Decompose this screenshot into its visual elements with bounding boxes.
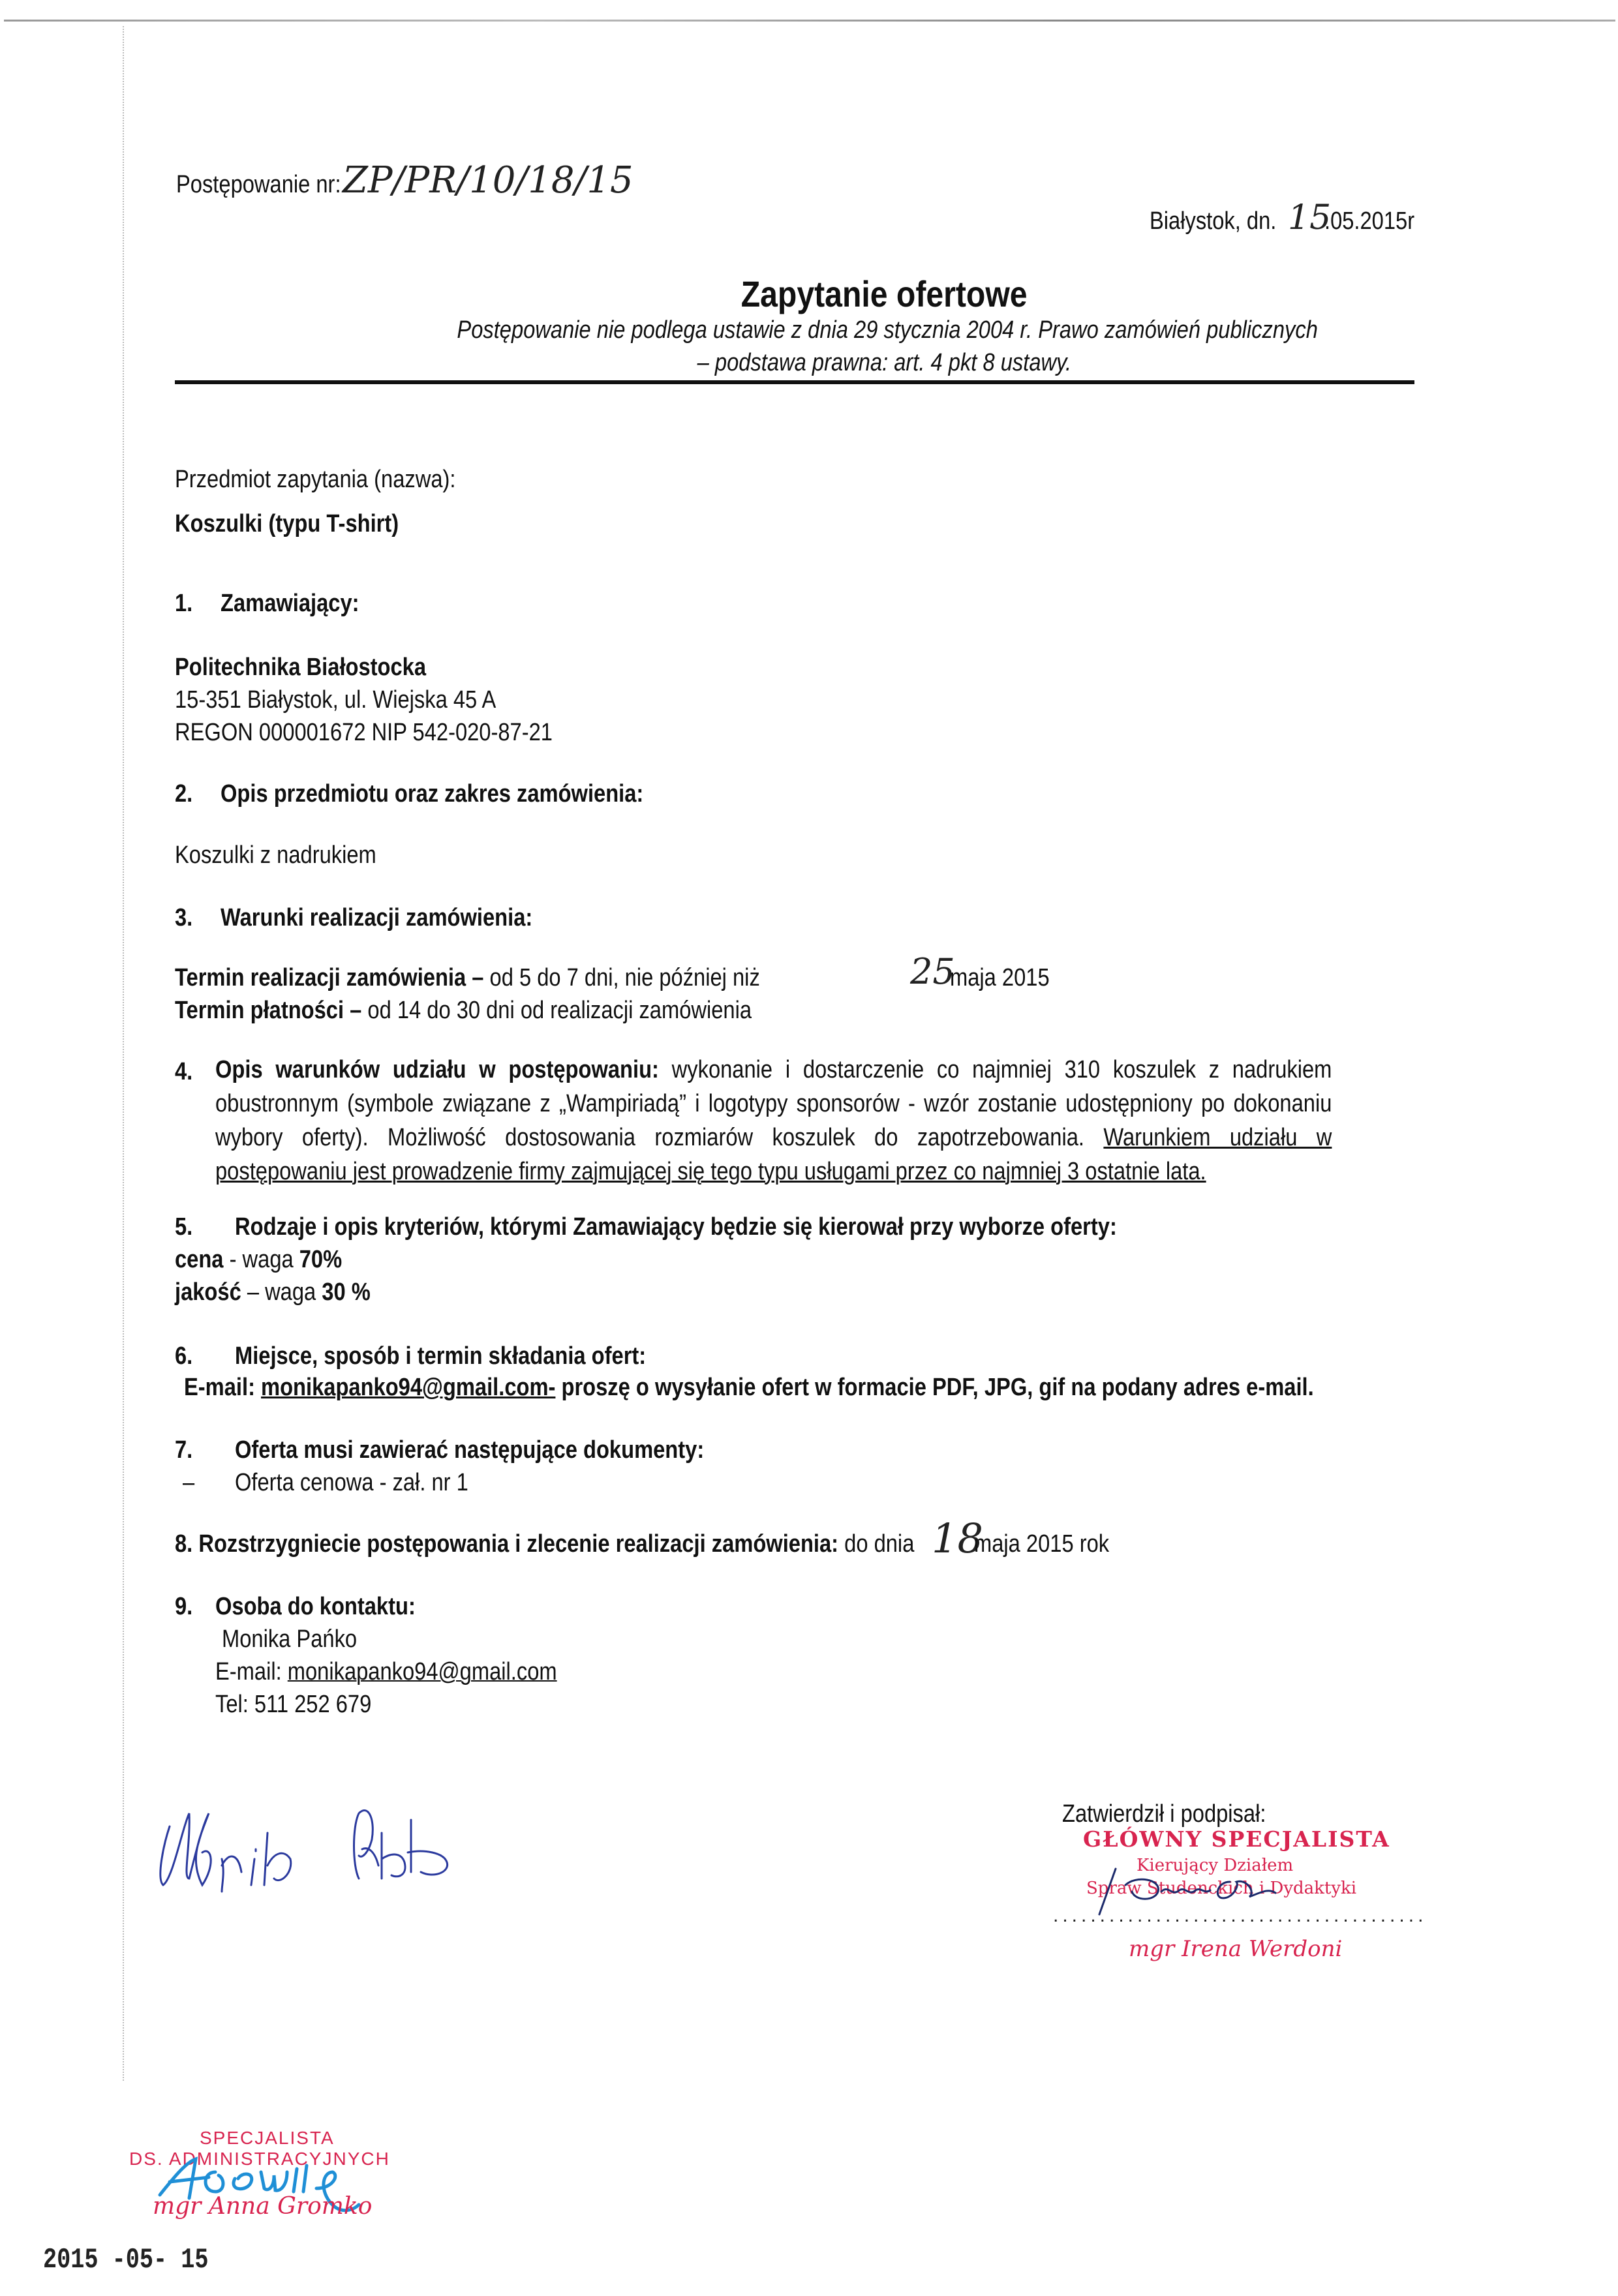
section-4-number: 4. xyxy=(175,1058,192,1086)
section-4-heading: Opis warunków udziału w postępowaniu: xyxy=(215,1056,659,1083)
section-9-heading: Osoba do kontaktu: xyxy=(215,1593,416,1621)
criterion-price-name: cena xyxy=(175,1246,223,1273)
criterion-price: cena - waga 70% xyxy=(175,1246,342,1274)
document-title: Zapytanie ofertowe xyxy=(741,273,1028,315)
contact-email-link[interactable]: monikapanko94@gmail.com xyxy=(288,1658,557,1685)
criterion-price-weight: 70% xyxy=(299,1246,342,1273)
document-title-wrap: Zapytanie ofertowe xyxy=(0,273,1618,315)
orderer-ids: REGON 000001672 NIP 542-020-87-21 xyxy=(175,719,553,747)
payment-term-label: Termin płatności – xyxy=(175,997,361,1024)
submission-email-link[interactable]: monikapanko94@gmail.com- xyxy=(261,1374,555,1401)
place-date: Białystok, dn. 15 .05.2015r xyxy=(1150,207,1297,235)
section-8-number: 8. xyxy=(175,1530,192,1558)
criterion-quality-sep: – waga xyxy=(241,1278,322,1306)
received-date-stamp: 2015 -05- 15 xyxy=(43,2244,208,2276)
signature-monika-icon xyxy=(144,1787,509,1898)
stamp-right-line1: GŁÓWNY SPECJALISTA xyxy=(1083,1826,1390,1852)
criterion-quality-name: jakość xyxy=(175,1278,241,1306)
section-5-heading: Rodzaje i opis kryteriów, którymi Zamawi… xyxy=(235,1213,1117,1241)
scan-edge-line xyxy=(4,20,1615,22)
subtitle-line-2: – podstawa prawna: art. 4 pkt 8 ustawy. xyxy=(697,349,1071,377)
orderer-address: 15-351 Białystok, ul. Wiejska 45 A xyxy=(175,686,496,714)
payment-term-line: Termin płatności – od 14 do 30 dni od re… xyxy=(175,997,752,1025)
section-1-number: 1. xyxy=(175,590,192,618)
section-8-text: do dnia xyxy=(838,1530,914,1558)
section-2-heading: Opis przedmiotu oraz zakres zamówienia: xyxy=(221,780,643,808)
submission-instruction: proszę o wysyłanie ofert w formacie PDF,… xyxy=(555,1374,1313,1401)
section-6-number: 6. xyxy=(175,1342,192,1370)
contact-email-label: E-mail: xyxy=(215,1658,288,1685)
section-5-number: 5. xyxy=(175,1213,192,1241)
section-7-heading: Oferta musi zawierać następujące dokumen… xyxy=(235,1436,704,1464)
section-7-number: 7. xyxy=(175,1436,192,1464)
date-rest: .05.2015r xyxy=(1324,207,1414,235)
section-8-line: 8. Rozstrzygniecie postępowania i zlecen… xyxy=(175,1530,1035,1558)
case-number-row: Postępowanie nr: ZP/PR/10/18/15 xyxy=(176,171,368,199)
handwritten-signature-left xyxy=(144,1787,509,1901)
delivery-deadline-handwritten: 25 xyxy=(910,951,955,992)
section-3-number: 3. xyxy=(175,904,192,932)
criterion-quality: jakość – waga 30 % xyxy=(175,1278,371,1307)
criterion-quality-weight: 30 % xyxy=(322,1278,370,1306)
signature-dotted-line: ........................................ xyxy=(1053,1905,1427,1927)
section-4-paragraph: Opis warunków udziału w postępowaniu: wy… xyxy=(215,1053,1332,1188)
case-label: Postępowanie nr: xyxy=(176,171,341,199)
section-6-heading: Miejsce, sposób i termin składania ofert… xyxy=(235,1342,646,1370)
contact-name: Monika Pańko xyxy=(222,1625,357,1654)
payment-term-text: od 14 do 30 dni od realizacji zamówienia xyxy=(361,997,752,1024)
title-divider xyxy=(175,380,1414,384)
stamp-right-name: mgr Irena Werdoni xyxy=(1129,1936,1342,1962)
subject-label: Przedmiot zapytania (nazwa): xyxy=(175,466,455,494)
subtitle-line-1: Postępowanie nie podlega ustawie z dnia … xyxy=(457,316,1317,344)
subtitle-wrap-2: – podstawa prawna: art. 4 pkt 8 ustawy. xyxy=(0,349,1618,377)
delivery-term-text: od 5 do 7 dni, nie później niż xyxy=(483,964,759,991)
approved-label: Zatwierdził i podpisał: xyxy=(1062,1800,1266,1828)
section-8-heading: Rozstrzygniecie postępowania i zlecenie … xyxy=(198,1530,838,1558)
contact-email-line: E-mail: monikapanko94@gmail.com xyxy=(215,1658,557,1686)
delivery-term-line: Termin realizacji zamówienia – od 5 do 7… xyxy=(175,964,855,992)
subject-value: Koszulki (typu T-shirt) xyxy=(175,510,399,538)
required-document: Oferta cenowa - zał. nr 1 xyxy=(235,1469,468,1497)
submission-line: E-mail: monikapanko94@gmail.com- proszę … xyxy=(184,1374,1314,1402)
stamp-left-line1: SPECJALISTA xyxy=(200,2128,335,2149)
subtitle-wrap-1: Postępowanie nie podlega ustawie z dnia … xyxy=(0,316,1618,344)
decision-date-tail: maja 2015 rok xyxy=(974,1530,1109,1558)
section-9-number: 9. xyxy=(175,1593,192,1621)
orderer-name: Politechnika Białostocka xyxy=(175,654,426,682)
delivery-term-label: Termin realizacji zamówienia – xyxy=(175,964,483,991)
contact-phone: Tel: 511 252 679 xyxy=(215,1691,371,1719)
section-7-bullet: – xyxy=(183,1469,194,1497)
stamp-left-name: mgr Anna Gromko xyxy=(153,2193,372,2220)
case-number-handwritten: ZP/PR/10/18/15 xyxy=(343,159,633,202)
criterion-price-sep: - waga xyxy=(223,1246,299,1273)
section-2-body: Koszulki z nadrukiem xyxy=(175,841,376,869)
section-3-heading: Warunki realizacji zamówienia: xyxy=(221,904,532,932)
section-2-number: 2. xyxy=(175,780,192,808)
place-date-prefix: Białystok, dn. xyxy=(1150,207,1276,235)
submission-email-label: E-mail: xyxy=(184,1374,261,1401)
section-1-heading: Zamawiający: xyxy=(221,590,359,618)
delivery-deadline-tail: maja 2015 xyxy=(950,964,1050,992)
